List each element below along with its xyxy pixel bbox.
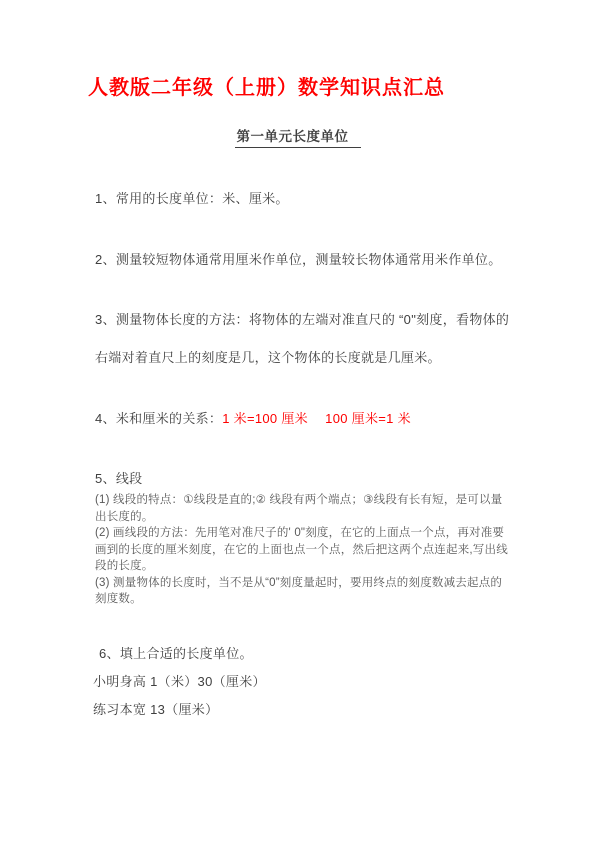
- point-1-common-units: 1、常用的长度单位：米、厘米。: [95, 189, 289, 209]
- document-title: 人教版二年级（上册）数学知识点汇总: [88, 74, 445, 102]
- point-4-meter-cm-relation: 4、米和厘米的关系：1 米=100 厘米 100 厘米=1 米: [95, 409, 411, 429]
- point-3-measuring-method: 3、测量物体长度的方法：将物体的左端对准直尺的 “0"刻度，看物体的右端对着直尺…: [95, 301, 515, 377]
- note-drawing-method: (2) 画线段的方法：先用笔对准尺子的' 0"刻度，在它的上面点一个点，再对准要…: [95, 525, 511, 575]
- point-4-formula: 1 米=100 厘米 100 厘米=1 米: [222, 411, 411, 426]
- point-5-heading-line-segment: 5、线段: [95, 469, 142, 489]
- section-heading: 第一单元长度单位: [235, 128, 361, 148]
- point-2-unit-choice: 2、测量较短物体通常用厘米作单位，测量较长物体通常用米作单位。: [95, 250, 502, 270]
- note-measuring-offset: (3) 测量物体的长度时，当不是从“0”刻度量起时，要用终点的刻度数减去起点的刻…: [95, 575, 511, 608]
- section-heading-row: 第一单元长度单位: [0, 128, 595, 148]
- note-segment-features: (1) 线段的特点：①线段是直的;② 线段有两个端点；③线段有长有短，是可以量出…: [95, 492, 511, 525]
- point-4-label: 4、米和厘米的关系：: [95, 411, 222, 426]
- point-5-notes: (1) 线段的特点：①线段是直的;② 线段有两个端点；③线段有长有短，是可以量出…: [95, 492, 511, 608]
- document-page: 人教版二年级（上册）数学知识点汇总 第一单元长度单位 1、常用的长度单位：米、厘…: [0, 0, 595, 842]
- point-6-heading-fill-units: 6、填上合适的长度单位。: [99, 644, 253, 664]
- fill-blank-notebook: 练习本宽 13（厘米）: [93, 700, 218, 720]
- fill-blank-height: 小明身高 1（米）30（厘米）: [93, 672, 266, 692]
